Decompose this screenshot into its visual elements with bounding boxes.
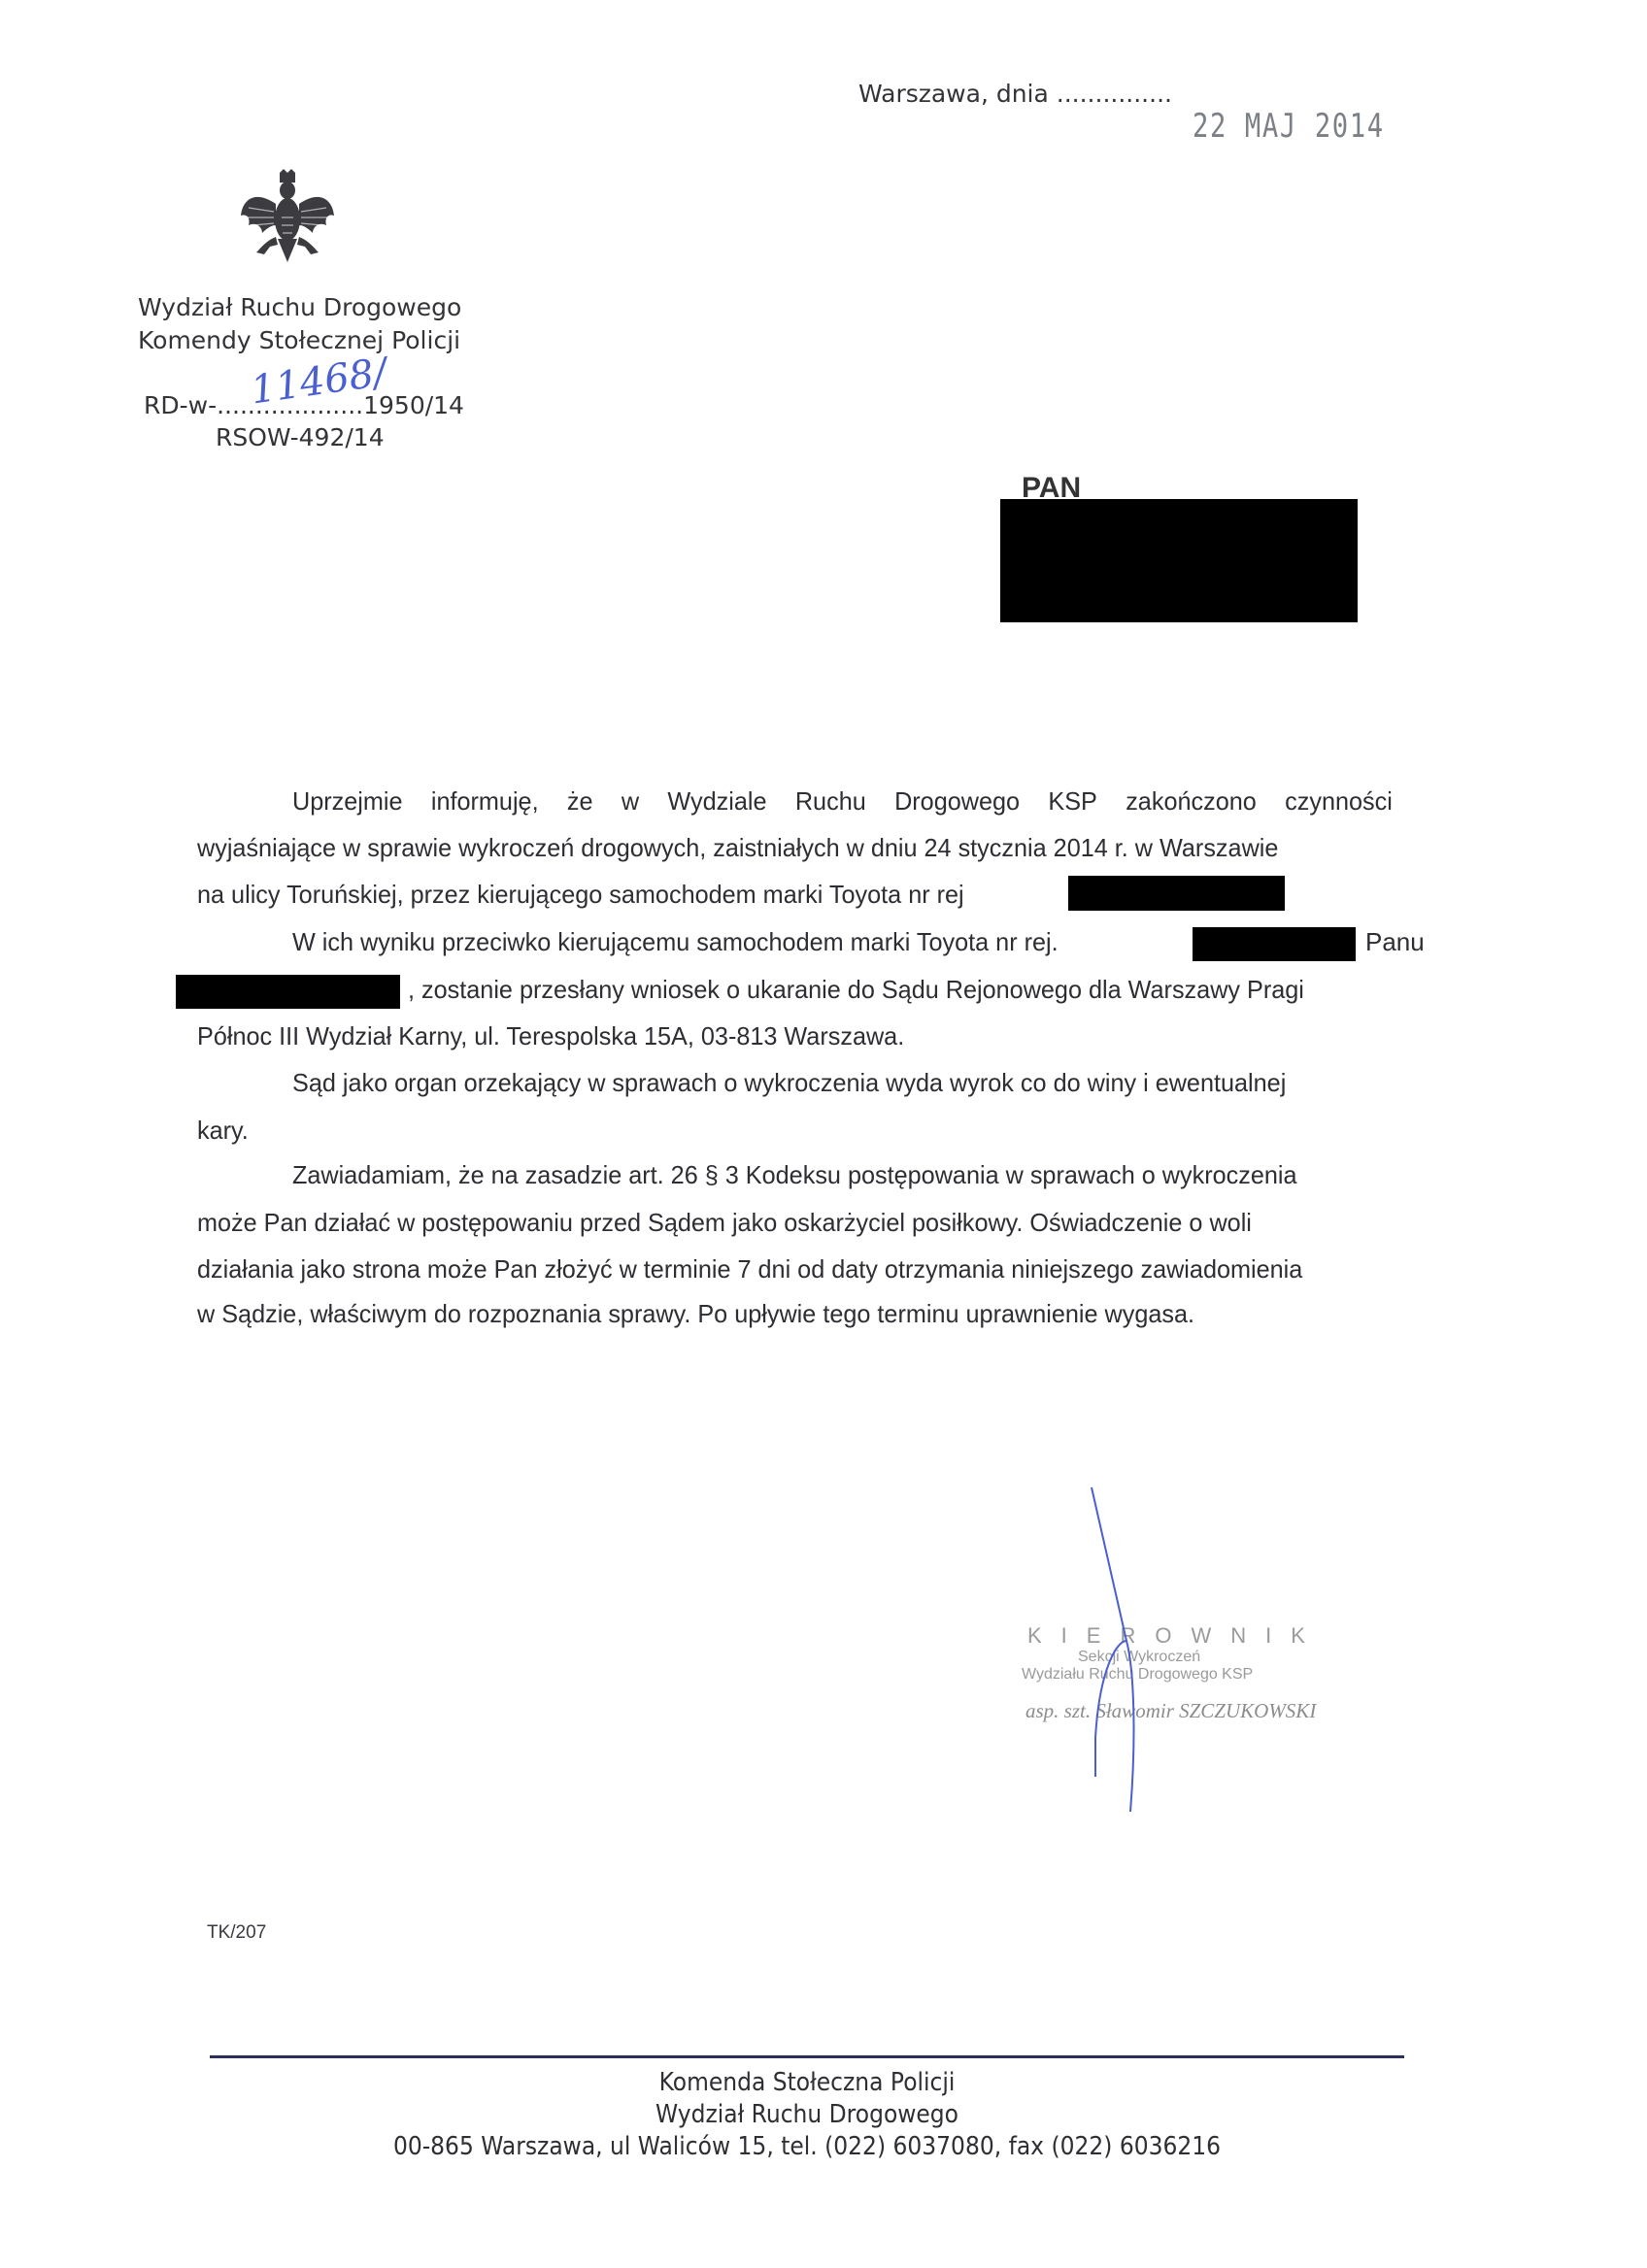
date-stamp: 22 MAJ 2014 <box>1193 107 1385 146</box>
plate-number-redaction-1 <box>1068 876 1285 911</box>
footer-divider <box>210 2055 1404 2058</box>
body-paragraph-3-line-1: Sąd jako organ orzekający w sprawach o w… <box>292 1068 1485 1098</box>
body-paragraph-4-line-3: działania jako strona może Pan złożyć w … <box>197 1254 1390 1284</box>
body-paragraph-1-line-2: wyjaśniające w sprawie wykroczeń drogowy… <box>197 833 1390 863</box>
recipient-name-redaction <box>176 975 400 1009</box>
word: zakończono <box>1126 786 1257 817</box>
word: informuję, <box>431 786 539 817</box>
handwritten-signature-icon <box>1088 1485 1146 1816</box>
department-line-1: Wydział Ruchu Drogowego <box>138 293 461 321</box>
polish-eagle-emblem-icon <box>237 169 338 270</box>
body-paragraph-4-line-2: może Pan działać w postępowaniu przed Są… <box>197 1208 1390 1238</box>
body-paragraph-2-line-1-end: Panu <box>1365 927 1425 957</box>
body-paragraph-3-line-2: kary. <box>197 1116 1390 1146</box>
body-paragraph-1-line-1: Uprzejmie informuję, że w Wydziale Ruchu… <box>292 786 1393 817</box>
word: Drogowego <box>894 786 1020 817</box>
plate-number-redaction-2 <box>1193 927 1356 961</box>
reference-code: TK/207 <box>207 1922 266 1944</box>
footer-line-2: Wydział Ruchu Drogowego <box>270 2100 1345 2129</box>
body-paragraph-2-line-2: , zostanie przesłany wniosek o ukaranie … <box>408 975 1397 1005</box>
footer-line-1: Komenda Stołeczna Policji <box>270 2068 1345 2097</box>
body-paragraph-4-line-4: w Sądzie, właściwym do rozpoznania spraw… <box>197 1299 1390 1329</box>
word: Uprzejmie <box>292 786 403 817</box>
body-paragraph-2-line-3: Północ III Wydział Karny, ul. Terespolsk… <box>197 1021 1390 1051</box>
word: w <box>622 786 639 817</box>
place-date-line: Warszawa, dnia ............... <box>858 80 1172 108</box>
word: Wydziale <box>667 786 766 817</box>
department-line-2: Komendy Stołecznej Policji <box>138 326 460 354</box>
word: czynności <box>1285 786 1393 817</box>
reference-line-2: RSOW-492/14 <box>216 423 385 451</box>
signature-name: asp. szt. Sławomir SZCZUKOWSKI <box>1025 1699 1316 1723</box>
signature-title: KIEROWNIK <box>1027 1623 1325 1649</box>
word: że <box>567 786 593 817</box>
body-paragraph-4-line-1: Zawiadamiam, że na zasadzie art. 26 § 3 … <box>292 1160 1485 1190</box>
word: Ruchu <box>795 786 866 817</box>
word: KSP <box>1048 786 1096 817</box>
footer-line-3: 00-865 Warszawa, ul Waliców 15, tel. (02… <box>270 2132 1345 2161</box>
recipient-address-redaction <box>1000 499 1358 622</box>
